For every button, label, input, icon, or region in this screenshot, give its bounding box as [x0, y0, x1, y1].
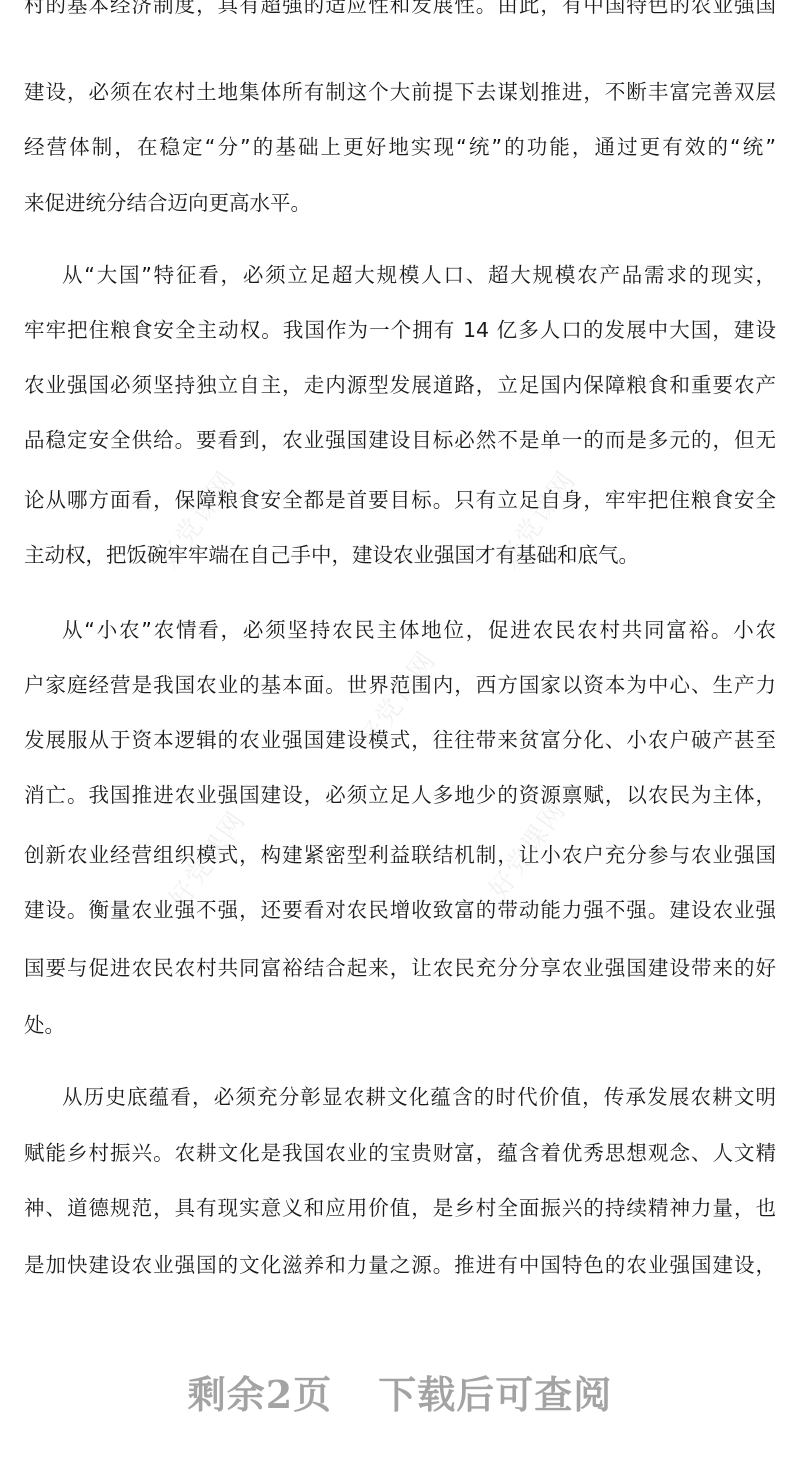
text-line: 赋能乡村振兴。农耕文化是我国农业的宝贵财富，蕴含着优秀思想观念、人文精	[24, 1138, 776, 1168]
text-line: 论从哪方面看，保障粮食安全都是首要目标。只有立足自身，牢牢把住粮食安全	[24, 485, 776, 515]
text-line: 消亡。我国推进农业强国建设，必须立足人多地少的资源禀赋，以农民为主体，	[24, 780, 776, 810]
text-line: 牢牢把住粮食安全主动权。我国作为一个拥有 14 亿多人口的发展中大国，建设	[24, 315, 776, 345]
text-line: 国要与促进农民农村共同富裕结合起来，让农民充分分享农业强国建设带来的好	[24, 953, 776, 983]
remaining-pages-label[interactable]: 剩余2页	[188, 1372, 332, 1417]
text-line: 从“小农”农情看，必须坚持农民主体地位，促进农民农村共同富裕。小农	[62, 615, 776, 645]
text-line: 建设，必须在农村土地集体所有制这个大前提下去谋划推进，不断丰富完善双层	[24, 77, 776, 107]
text-line: 建设。衡量农业强不强，还要看对农民增收致富的带动能力强不强。建设农业强	[24, 895, 776, 925]
text-line: 主动权，把饭碗牢牢端在自己手中，建设农业强国才有基础和底气。	[24, 540, 776, 570]
download-prompt[interactable]: 剩余2页下载后可查阅	[0, 1372, 800, 1418]
text-line: 从“大国”特征看，必须立足超大规模人口、超大规模农产品需求的现实，	[62, 260, 776, 290]
text-line: 是加快建设农业强国的文化滋养和力量之源。推进有中国特色的农业强国建设，	[24, 1250, 776, 1280]
text-line: 农业强国必须坚持独立自主，走内源型发展道路，立足国内保障粮食和重要农产	[24, 370, 776, 400]
document-page: 村的基本经济制度，具有超强的适应性和发展性。由此，有中国特色的农业强国建设，必须…	[0, 0, 800, 1472]
text-line: 创新农业经营组织模式，构建紧密型利益联结机制，让小农户充分参与农业强国	[24, 840, 776, 870]
text-line: 品稳定安全供给。要看到，农业强国建设目标必然不是单一的而是多元的，但无	[24, 425, 776, 455]
download-to-view-label[interactable]: 下载后可查阅	[378, 1372, 612, 1417]
text-line: 经营体制，在稳定“分”的基础上更好地实现“统”的功能，通过更有效的“统”	[24, 132, 776, 162]
text-line: 户家庭经营是我国农业的基本面。世界范围内，西方国家以资本为中心、生产力	[24, 670, 776, 700]
text-line: 来促进统分结合迈向更高水平。	[24, 188, 776, 218]
text-line: 村的基本经济制度，具有超强的适应性和发展性。由此，有中国特色的农业强国	[24, 0, 776, 20]
text-line: 神、道德规范，具有现实意义和应用价值，是乡村全面振兴的持续精神力量，也	[24, 1193, 776, 1223]
text-line: 处。	[24, 1010, 776, 1040]
text-line: 从历史底蕴看，必须充分彰显农耕文化蕴含的时代价值，传承发展农耕文明	[62, 1082, 776, 1112]
text-line: 发展服从于资本逻辑的农业强国建设模式，往往带来贫富分化、小农户破产甚至	[24, 725, 776, 755]
